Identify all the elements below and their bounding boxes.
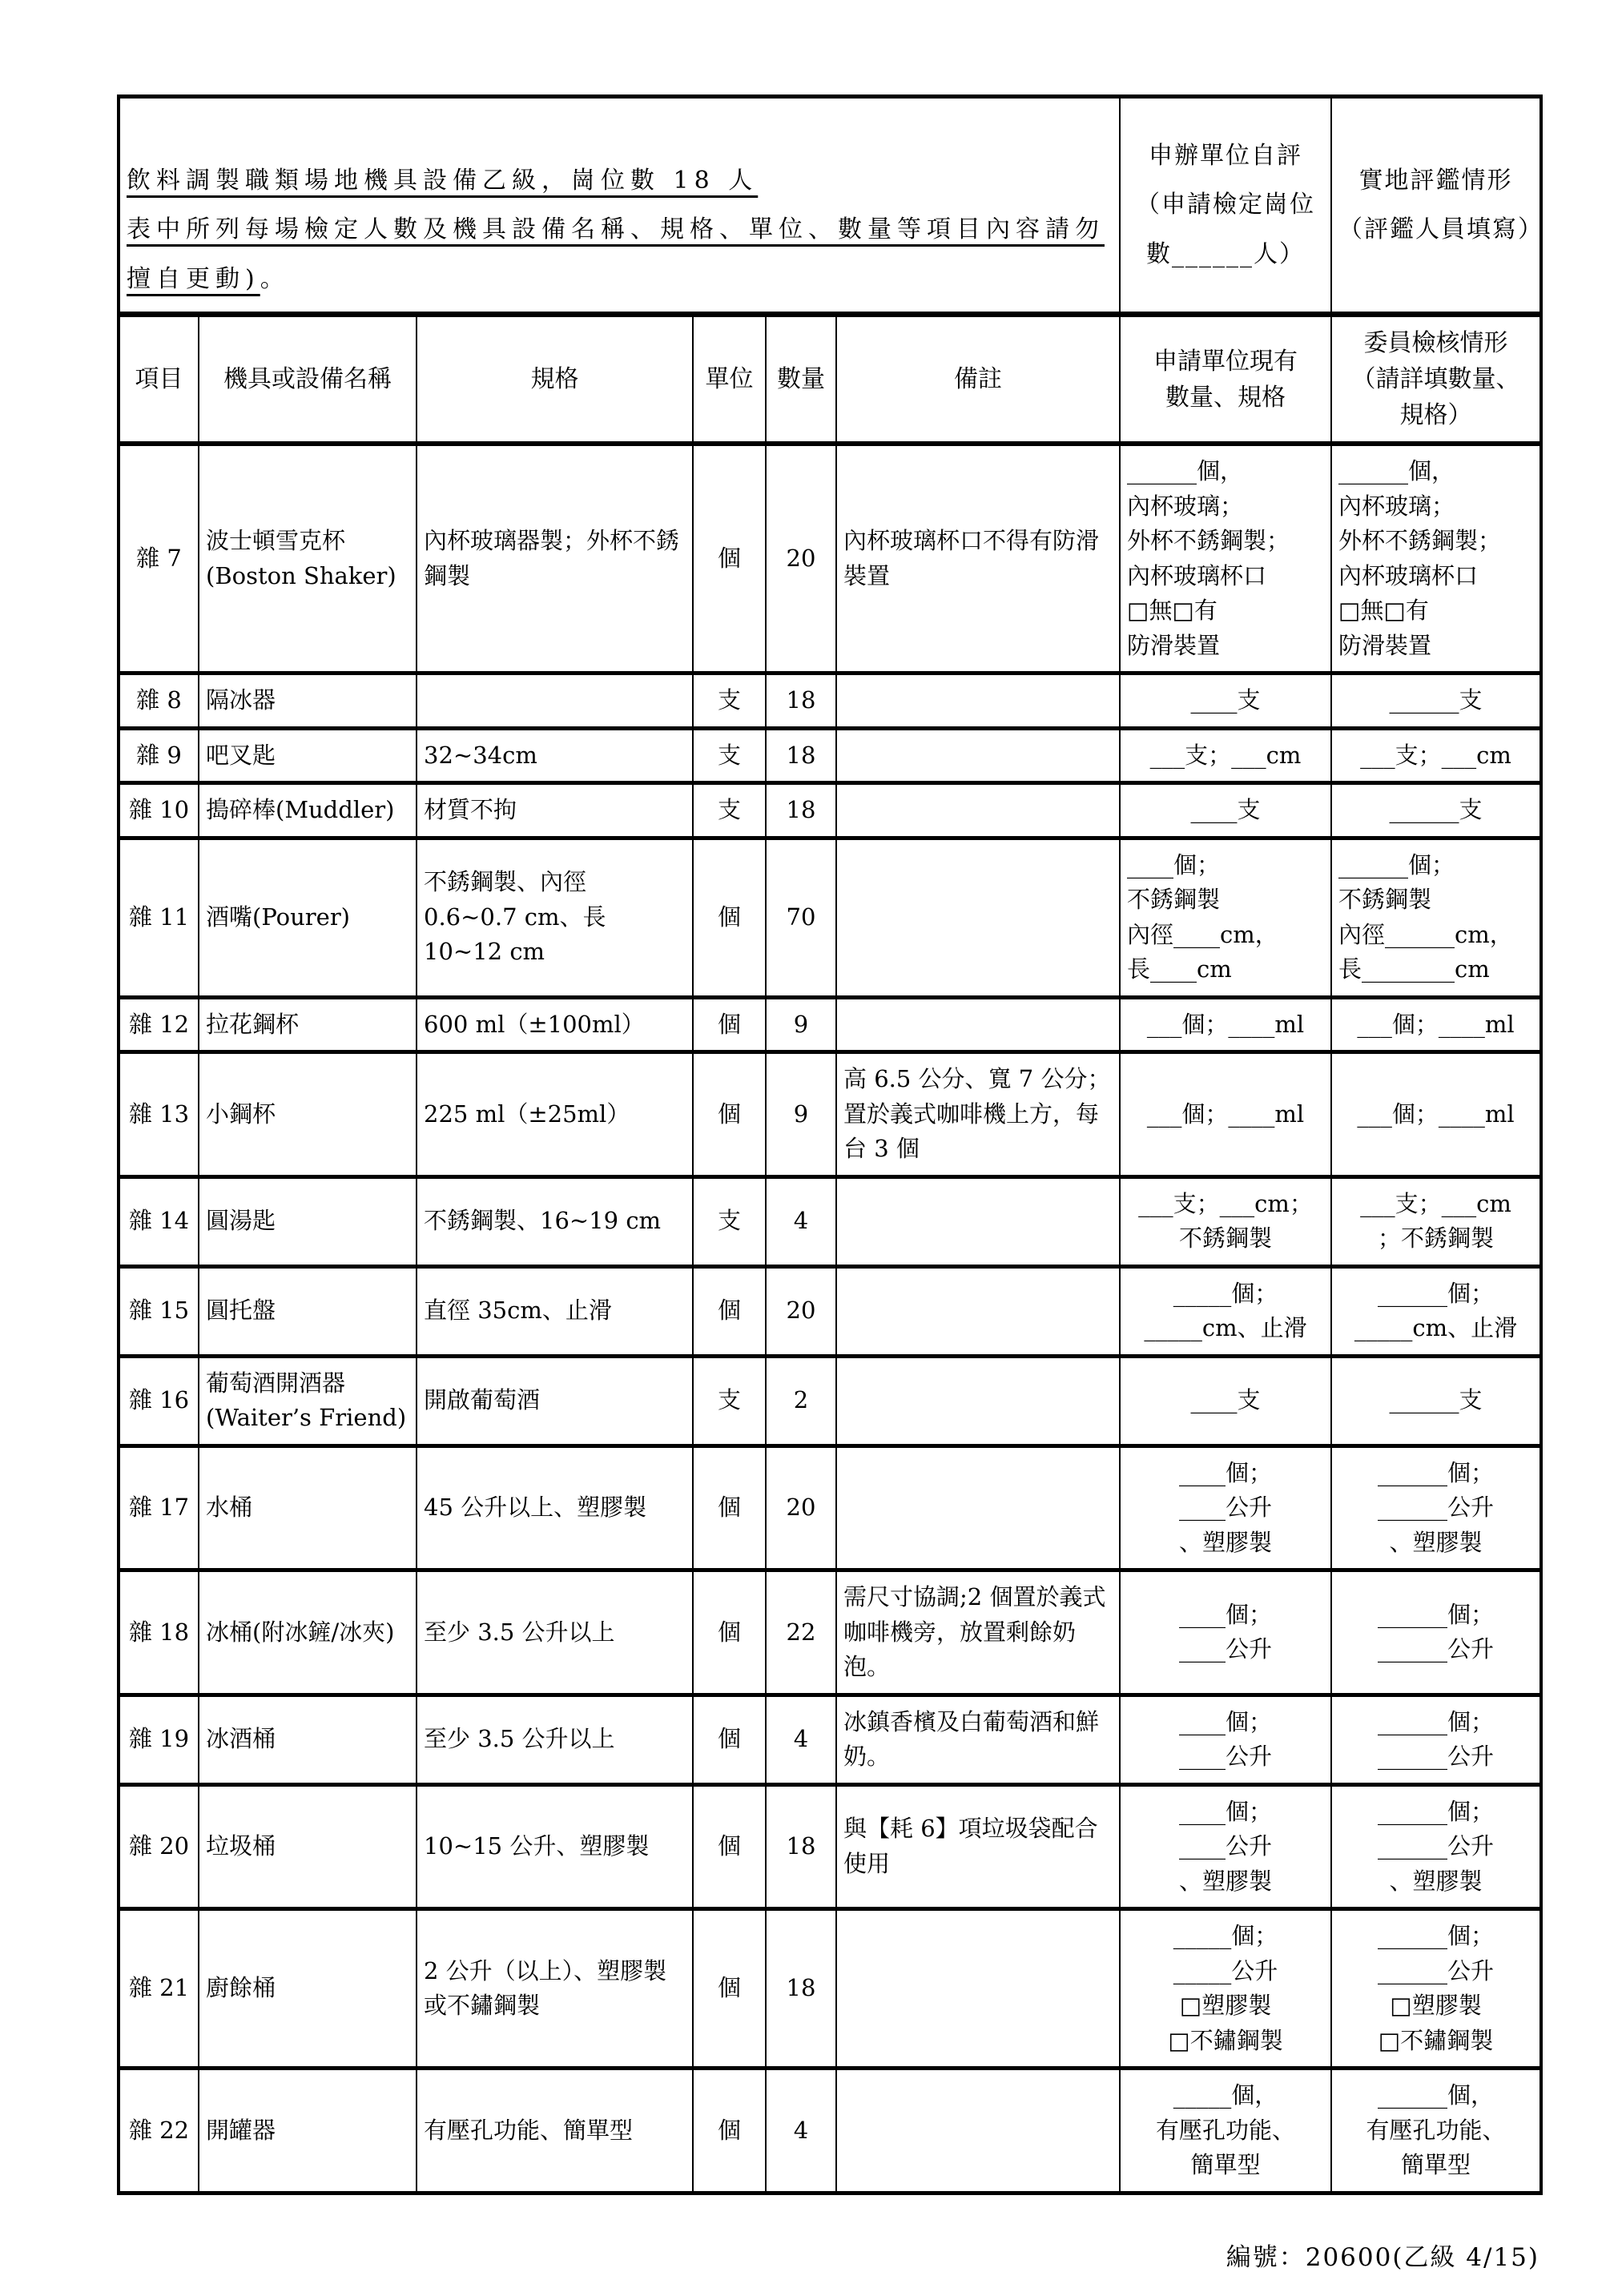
cell-spec: 225 ml（±25ml）: [417, 1052, 693, 1177]
cell-name: 搗碎棒(Muddler): [199, 783, 417, 838]
equipment-table: 飲料調製職類場地機具設備乙級，崗位數 18 人表中所列每場檢定人數及機具設備名稱…: [117, 94, 1543, 2195]
cell-committee-check: ______個； ______公升 □塑膠製 □不鏽鋼製: [1331, 1909, 1541, 2069]
cell-unit: 個: [693, 997, 766, 1052]
cell-self-eval: ____支: [1120, 674, 1331, 729]
cell-remark: 需尺寸協調;2 個置於義式咖啡機旁，放置剩餘奶泡。: [836, 1570, 1120, 1695]
header-note: 飲料調製職類場地機具設備乙級，崗位數 18 人表中所列每場檢定人數及機具設備名稱…: [119, 97, 1120, 315]
cell-unit: 支: [693, 783, 766, 838]
cell-name: 小鋼杯: [199, 1052, 417, 1177]
cell-qty: 22: [766, 1570, 836, 1695]
cell-unit: 個: [693, 1784, 766, 1909]
column-header-row: 項目 機具或設備名稱 規格 單位 數量 備註 申請單位現有 數量、規格 委員檢核…: [119, 315, 1541, 444]
table-row: 雜 15 圓托盤 直徑 35cm、止滑 個 20 _____個； _____cm…: [119, 1266, 1541, 1356]
cell-qty: 18: [766, 1784, 836, 1909]
cell-spec: 至少 3.5 公升以上: [417, 1695, 693, 1784]
cell-item: 雜 22: [119, 2069, 199, 2193]
cell-self-eval: ____支: [1120, 783, 1331, 838]
col-header-spec: 規格: [417, 315, 693, 444]
cell-self-eval: ____個； ____公升 、塑膠製: [1120, 1446, 1331, 1570]
cell-name: 廚餘桶: [199, 1909, 417, 2069]
cell-committee-check: ______個， 有壓孔功能、 簡單型: [1331, 2069, 1541, 2193]
cell-self-eval: ___支；___cm: [1120, 728, 1331, 783]
self-eval-header: 申辦單位自評 （申請檢定崗位 數______人）: [1120, 97, 1331, 315]
col-header-remark: 備註: [836, 315, 1120, 444]
cell-spec: 至少 3.5 公升以上: [417, 1570, 693, 1695]
table-row: 雜 18 冰桶(附冰鏟/冰夾) 至少 3.5 公升以上 個 22 需尺寸協調;2…: [119, 1570, 1541, 1695]
table-row: 雜 19 冰酒桶 至少 3.5 公升以上 個 4 冰鎮香檳及白葡萄酒和鮮奶。 _…: [119, 1695, 1541, 1784]
col-header-applicant: 申請單位現有 數量、規格: [1120, 315, 1331, 444]
cell-remark: 內杯玻璃杯口不得有防滑裝置: [836, 444, 1120, 674]
cell-spec: 開啟葡萄酒: [417, 1356, 693, 1446]
cell-qty: 70: [766, 838, 836, 997]
cell-unit: 個: [693, 1052, 766, 1177]
cell-unit: 個: [693, 444, 766, 674]
cell-name: 波士頓雪克杯 (Boston Shaker): [199, 444, 417, 674]
cell-committee-check: ___個；____ml: [1331, 997, 1541, 1052]
cell-unit: 個: [693, 1266, 766, 1356]
cell-self-eval: ____支: [1120, 1356, 1331, 1446]
col-header-committee: 委員檢核情形 （請詳填數量、 規格）: [1331, 315, 1541, 444]
table-row: 雜 10 搗碎棒(Muddler) 材質不拘 支 18 ____支 ______…: [119, 783, 1541, 838]
site-eval-header: 實地評鑑情形 （評鑑人員填寫）: [1331, 97, 1541, 315]
cell-unit: 支: [693, 1356, 766, 1446]
cell-spec: [417, 674, 693, 729]
cell-unit: 個: [693, 838, 766, 997]
cell-spec: 2 公升（以上）、塑膠製或不鏽鋼製: [417, 1909, 693, 2069]
cell-unit: 個: [693, 2069, 766, 2193]
cell-name: 拉花鋼杯: [199, 997, 417, 1052]
cell-qty: 2: [766, 1356, 836, 1446]
cell-spec: 不銹鋼製、內徑 0.6~0.7 cm、長 10~12 cm: [417, 838, 693, 997]
cell-remark: [836, 783, 1120, 838]
header-note-suffix: 。: [260, 265, 290, 293]
cell-unit: 個: [693, 1909, 766, 2069]
cell-remark: [836, 1909, 1120, 2069]
cell-item: 雜 8: [119, 674, 199, 729]
cell-self-eval: ____個； 不銹鋼製 內徑____cm， 長____cm: [1120, 838, 1331, 997]
cell-committee-check: ___個；____ml: [1331, 1052, 1541, 1177]
cell-qty: 18: [766, 728, 836, 783]
col-header-unit: 單位: [693, 315, 766, 444]
cell-unit: 支: [693, 674, 766, 729]
cell-item: 雜 16: [119, 1356, 199, 1446]
cell-item: 雜 13: [119, 1052, 199, 1177]
cell-remark: 冰鎮香檳及白葡萄酒和鮮奶。: [836, 1695, 1120, 1784]
cell-self-eval: _____個； _____公升 □塑膠製 □不鏽鋼製: [1120, 1909, 1331, 2069]
table-row: 雜 12 拉花鋼杯 600 ml（±100ml） 個 9 ___個；____ml…: [119, 997, 1541, 1052]
table-row: 雜 16 葡萄酒開酒器 (Waiter’s Friend) 開啟葡萄酒 支 2 …: [119, 1356, 1541, 1446]
cell-remark: 與【耗 6】項垃圾袋配合使用: [836, 1784, 1120, 1909]
table-row: 雜 14 圓湯匙 不銹鋼製、16~19 cm 支 4 ___支；___cm； 不…: [119, 1176, 1541, 1266]
cell-item: 雜 19: [119, 1695, 199, 1784]
cell-spec: 內杯玻璃器製；外杯不銹鋼製: [417, 444, 693, 674]
cell-item: 雜 20: [119, 1784, 199, 1909]
cell-spec: 直徑 35cm、止滑: [417, 1266, 693, 1356]
cell-qty: 20: [766, 1446, 836, 1570]
table-row: 雜 13 小鋼杯 225 ml（±25ml） 個 9 高 6.5 公分、寬 7 …: [119, 1052, 1541, 1177]
cell-remark: 高 6.5 公分、寬 7 公分；置於義式咖啡機上方，每台 3 個: [836, 1052, 1120, 1177]
table-row: 雜 21 廚餘桶 2 公升（以上）、塑膠製或不鏽鋼製 個 18 _____個； …: [119, 1909, 1541, 2069]
cell-spec: 10~15 公升、塑膠製: [417, 1784, 693, 1909]
cell-remark: [836, 1446, 1120, 1570]
cell-committee-check: ______個； ______公升 、塑膠製: [1331, 1446, 1541, 1570]
cell-name: 隔冰器: [199, 674, 417, 729]
header-band: 飲料調製職類場地機具設備乙級，崗位數 18 人表中所列每場檢定人數及機具設備名稱…: [119, 97, 1541, 315]
cell-committee-check: ______支: [1331, 783, 1541, 838]
cell-spec: 材質不拘: [417, 783, 693, 838]
cell-spec: 32~34cm: [417, 728, 693, 783]
cell-item: 雜 12: [119, 997, 199, 1052]
cell-committee-check: ___支；___cm ；不銹鋼製: [1331, 1176, 1541, 1266]
cell-committee-check: ______個； ______公升: [1331, 1570, 1541, 1695]
cell-committee-check: ______個； ______公升 、塑膠製: [1331, 1784, 1541, 1909]
col-header-item: 項目: [119, 315, 199, 444]
cell-name: 冰桶(附冰鏟/冰夾): [199, 1570, 417, 1695]
cell-committee-check: ______個； 不銹鋼製 內徑______cm， 長________cm: [1331, 838, 1541, 997]
table-row: 雜 9 吧叉匙 32~34cm 支 18 ___支；___cm ___支；___…: [119, 728, 1541, 783]
cell-name: 吧叉匙: [199, 728, 417, 783]
cell-name: 圓湯匙: [199, 1176, 417, 1266]
header-note-line1: 飲料調製職類場地機具設備乙級，崗位數 18 人: [127, 156, 1113, 206]
cell-committee-check: ______個； ______公升: [1331, 1695, 1541, 1784]
cell-remark: [836, 1176, 1120, 1266]
cell-item: 雜 7: [119, 444, 199, 674]
cell-qty: 9: [766, 997, 836, 1052]
cell-item: 雜 14: [119, 1176, 199, 1266]
document-page: 飲料調製職類場地機具設備乙級，崗位數 18 人表中所列每場檢定人數及機具設備名稱…: [0, 0, 1622, 2296]
cell-self-eval: _____個； _____cm、止滑: [1120, 1266, 1331, 1356]
cell-name: 冰酒桶: [199, 1695, 417, 1784]
cell-item: 雜 9: [119, 728, 199, 783]
table-row: 雜 20 垃圾桶 10~15 公升、塑膠製 個 18 與【耗 6】項垃圾袋配合使…: [119, 1784, 1541, 1909]
cell-self-eval: ___個；____ml: [1120, 997, 1331, 1052]
cell-self-eval: _____個， 有壓孔功能、 簡單型: [1120, 2069, 1331, 2193]
doc-number: 編號：20600(乙級 4/15): [117, 2237, 1541, 2273]
cell-name: 酒嘴(Pourer): [199, 838, 417, 997]
cell-unit: 個: [693, 1446, 766, 1570]
cell-self-eval: ____個； ____公升: [1120, 1695, 1331, 1784]
cell-unit: 個: [693, 1695, 766, 1784]
cell-remark: [836, 1356, 1120, 1446]
cell-qty: 18: [766, 1909, 836, 2069]
cell-remark: [836, 1266, 1120, 1356]
cell-unit: 支: [693, 1176, 766, 1266]
cell-committee-check: ___支；___cm: [1331, 728, 1541, 783]
cell-unit: 個: [693, 1570, 766, 1695]
table-row: 雜 11 酒嘴(Pourer) 不銹鋼製、內徑 0.6~0.7 cm、長 10~…: [119, 838, 1541, 997]
cell-spec: 有壓孔功能、簡單型: [417, 2069, 693, 2193]
cell-name: 垃圾桶: [199, 1784, 417, 1909]
cell-remark: [836, 997, 1120, 1052]
table-row: 雜 22 開罐器 有壓孔功能、簡單型 個 4 _____個， 有壓孔功能、 簡單…: [119, 2069, 1541, 2193]
cell-self-eval: ______個， 內杯玻璃； 外杯不銹鋼製； 內杯玻璃杯口 □無□有 防滑裝置: [1120, 444, 1331, 674]
cell-qty: 4: [766, 1176, 836, 1266]
cell-qty: 18: [766, 783, 836, 838]
cell-committee-check: ______支: [1331, 1356, 1541, 1446]
cell-qty: 20: [766, 1266, 836, 1356]
col-header-name: 機具或設備名稱: [199, 315, 417, 444]
cell-qty: 4: [766, 1695, 836, 1784]
cell-item: 雜 17: [119, 1446, 199, 1570]
cell-qty: 9: [766, 1052, 836, 1177]
table-row: 雜 7 波士頓雪克杯 (Boston Shaker) 內杯玻璃器製；外杯不銹鋼製…: [119, 444, 1541, 674]
cell-item: 雜 21: [119, 1909, 199, 2069]
cell-unit: 支: [693, 728, 766, 783]
cell-remark: [836, 838, 1120, 997]
cell-name: 圓托盤: [199, 1266, 417, 1356]
cell-self-eval: ___個；____ml: [1120, 1052, 1331, 1177]
cell-item: 雜 10: [119, 783, 199, 838]
cell-self-eval: ____個； ____公升: [1120, 1570, 1331, 1695]
cell-committee-check: ______個， 內杯玻璃； 外杯不銹鋼製； 內杯玻璃杯口 □無□有 防滑裝置: [1331, 444, 1541, 674]
cell-item: 雜 18: [119, 1570, 199, 1695]
table-row: 雜 17 水桶 45 公升以上、塑膠製 個 20 ____個； ____公升 、…: [119, 1446, 1541, 1570]
cell-spec: 45 公升以上、塑膠製: [417, 1446, 693, 1570]
cell-spec: 不銹鋼製、16~19 cm: [417, 1176, 693, 1266]
cell-remark: [836, 674, 1120, 729]
cell-self-eval: ___支；___cm； 不銹鋼製: [1120, 1176, 1331, 1266]
cell-name: 水桶: [199, 1446, 417, 1570]
cell-committee-check: ______個； _____cm、止滑: [1331, 1266, 1541, 1356]
cell-remark: [836, 2069, 1120, 2193]
cell-spec: 600 ml（±100ml）: [417, 997, 693, 1052]
cell-name: 葡萄酒開酒器 (Waiter’s Friend): [199, 1356, 417, 1446]
cell-item: 雜 15: [119, 1266, 199, 1356]
cell-committee-check: ______支: [1331, 674, 1541, 729]
col-header-qty: 數量: [766, 315, 836, 444]
cell-self-eval: ____個； ____公升 、塑膠製: [1120, 1784, 1331, 1909]
cell-item: 雜 11: [119, 838, 199, 997]
cell-qty: 18: [766, 674, 836, 729]
table-row: 雜 8 隔冰器 支 18 ____支 ______支: [119, 674, 1541, 729]
cell-qty: 4: [766, 2069, 836, 2193]
cell-qty: 20: [766, 444, 836, 674]
cell-remark: [836, 728, 1120, 783]
cell-name: 開罐器: [199, 2069, 417, 2193]
